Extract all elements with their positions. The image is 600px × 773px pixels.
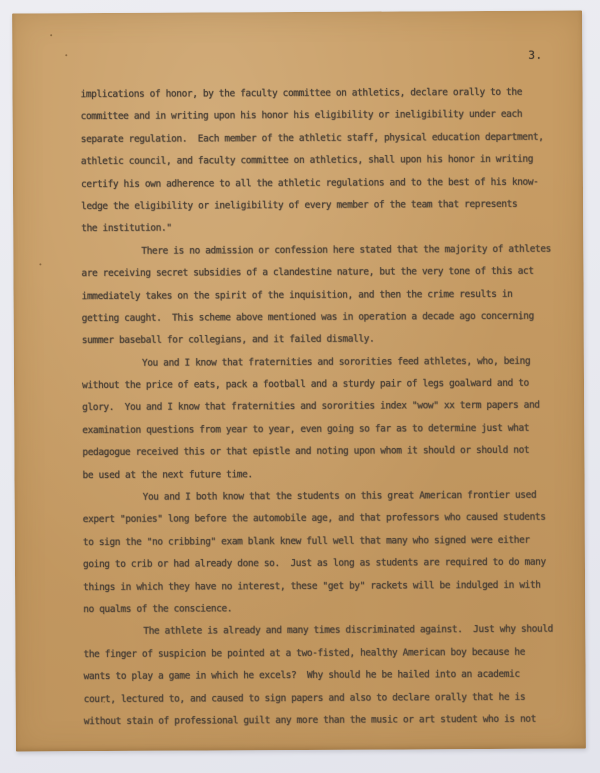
text-line: no qualms of the conscience. [83, 597, 559, 622]
text-line: the finger of suspicion be pointed at a … [83, 641, 559, 666]
typewritten-text-body: implications of honor, by the faculty co… [80, 82, 559, 734]
text-line: the institution." [81, 216, 557, 241]
text-line: without the price of eats, pack a footba… [82, 373, 558, 398]
page-number: 3. [528, 49, 542, 62]
text-line: implications of honor, by the faculty co… [80, 82, 556, 107]
text-line: ledge the eligibility or ineligibility o… [81, 194, 557, 219]
paper-speckle [104, 701, 105, 703]
text-line: without stain of professional guilt any … [84, 709, 560, 734]
text-line: immediately takes on the spirit of the i… [81, 283, 557, 308]
text-line: glory. You and I know that fraternities … [82, 395, 558, 420]
text-line: certify his own adherence to all the ath… [81, 171, 557, 196]
text-line: You and I both know that the students on… [83, 485, 559, 510]
paper-speckle [39, 263, 41, 265]
text-line: to sign the "no cribbing" exam blank kne… [83, 529, 559, 554]
paper-speckle [65, 54, 67, 56]
text-line: You and I know that fraternities and sor… [82, 350, 558, 375]
text-line: court, lectured to, and caused to sign p… [84, 686, 560, 711]
text-line: be used at the next future time. [82, 462, 558, 487]
text-line: examination questions from year to year,… [82, 418, 558, 443]
paper-speckle [50, 34, 52, 36]
paper-speckle [520, 319, 522, 320]
text-line: There is no admission or confession here… [81, 238, 557, 263]
text-line: athletic council, and faculty committee … [81, 149, 557, 174]
text-line: pedagogue received this or that epistle … [82, 440, 558, 465]
text-line: The athlete is already and many times di… [83, 619, 559, 644]
text-line: summer baseball for collegians, and it f… [82, 328, 558, 353]
text-line: getting caught. This scheme above mentio… [82, 306, 558, 331]
text-line: are receiving secret subsidies of a clan… [81, 261, 557, 286]
text-line: expert "ponies" long before the automobi… [83, 507, 559, 532]
text-line: separate regulation. Each member of the … [81, 126, 557, 151]
text-line: things in which they have no interest, t… [83, 574, 559, 599]
text-line: committee and in writing upon his honor … [81, 104, 557, 129]
text-line: wants to play a game in which he excels?… [83, 664, 559, 689]
scanned-paper-page: 3. implications of honor, by the faculty… [12, 11, 586, 752]
text-line: going to crib or had already done so. Ju… [83, 552, 559, 577]
